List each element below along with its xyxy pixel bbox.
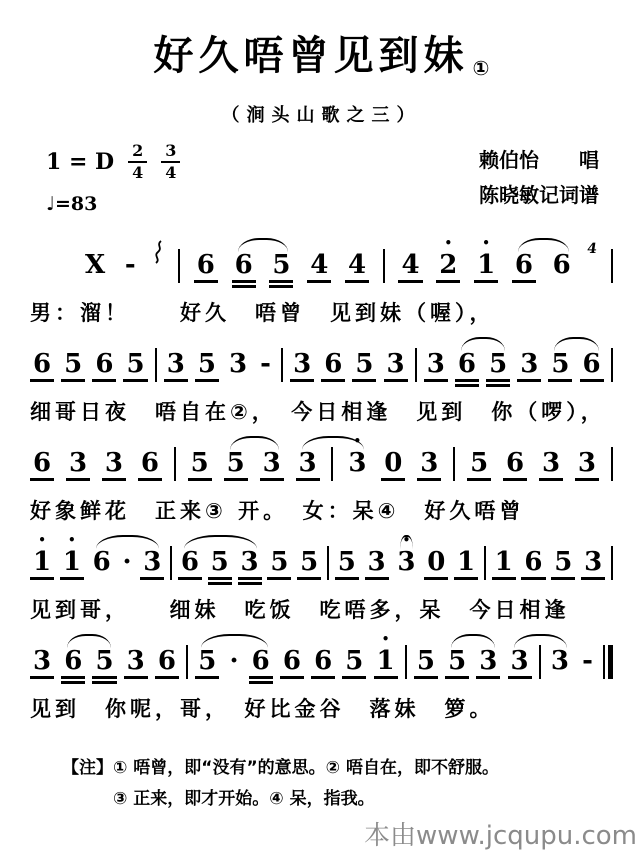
tempo-marking: ♩=83 [46, 193, 180, 215]
barline [155, 348, 157, 382]
lyrics-line: 见到哥， 细妹 吃饭 吃唔多，呆 今日相逢 [30, 594, 643, 624]
note-number: 6 [280, 646, 304, 679]
note-number: 0 [424, 547, 448, 580]
note: 5 [414, 633, 438, 679]
note-number: 5 [335, 547, 359, 580]
note-number: 3 [539, 448, 563, 481]
note: •1 [374, 633, 398, 679]
note-number: 6 [138, 448, 162, 481]
music-system: 365365·6665•155333-见到 你呢，哥， 好比金谷 落妹 箩。 [0, 633, 643, 723]
note: •2 [436, 237, 460, 283]
note-number: 5 [342, 646, 366, 679]
note-number: 3 [394, 547, 418, 580]
note: 5 [267, 534, 291, 580]
note: 6 [503, 435, 527, 481]
footnote-body: ① 唔曾，即“没有”的意思。② 唔自在，即不舒服。 ③ 正来，即才开始。④ 呆，… [113, 753, 499, 816]
note-number: 6 [249, 646, 273, 684]
note-number: 1 [30, 547, 54, 580]
note-number: 3 [384, 349, 408, 382]
note: 3 [102, 435, 126, 481]
note-number: 6 [30, 349, 54, 382]
notation-line: 63365533•3035633 [30, 435, 613, 493]
lyrics-line: 见到 你呢，哥， 好比金谷 落妹 箩。 [30, 693, 643, 723]
lyrics-line: 细哥日夜 唔自在②， 今日相逢 见到 你（啰）， [30, 396, 643, 426]
note-number: 3 [30, 646, 54, 679]
note: 3 [417, 435, 441, 481]
footnote-line: ① 唔曾，即“没有”的意思。② 唔自在，即不舒服。 [113, 753, 499, 784]
note: 3 [124, 633, 148, 679]
key-tempo-block: 1 = D 2 4 3 4 ♩=83 [46, 143, 180, 215]
note-number: 3 [517, 349, 541, 382]
note-number: 3 [548, 646, 572, 679]
music-system: •1•16·36535553•3011653见到哥， 细妹 吃饭 吃唔多，呆 今… [0, 534, 643, 624]
squiggle-ornament-icon [152, 239, 164, 265]
notation-line: 6565353-3653365356 [30, 336, 613, 394]
barline [331, 447, 333, 481]
note: 6 [194, 237, 218, 283]
note-number: 3 [296, 448, 320, 481]
note-number: 6 [550, 250, 574, 283]
note-number: 5 [267, 547, 291, 580]
note-number: 1 [374, 646, 398, 679]
music-system: 6565353-3653365356细哥日夜 唔自在②， 今日相逢 见到 你（啰… [0, 336, 643, 426]
meter-numerator: 3 [161, 143, 180, 163]
note-number: 5 [92, 646, 116, 684]
note-number: 5 [123, 349, 147, 382]
note: 5 [123, 336, 147, 382]
note-number: 5 [224, 448, 248, 481]
page-title: 好久唔曾见到妹 [154, 33, 469, 79]
grace-note: 4 [586, 241, 598, 257]
note: 5 [352, 336, 376, 382]
notation-area: X-665444•2•1664男：溜！ 好久 唔曾 见到妹（喔），6565353… [0, 215, 643, 723]
note: 3 [365, 534, 389, 580]
note-number: 3 [345, 448, 369, 481]
note: 4 [398, 237, 422, 283]
transcriber-credit: 陈晓敏记词谱 [479, 178, 599, 213]
octave-dot: • [382, 633, 390, 646]
dash-extension: - [122, 237, 139, 283]
rest-note: 0 [381, 435, 405, 481]
footnote-line: ③ 正来，即才开始。④ 呆，指我。 [113, 784, 499, 815]
note: •1 [474, 237, 498, 283]
note: 4 [345, 237, 369, 283]
note-number: 1 [454, 547, 478, 580]
barline [178, 249, 180, 283]
note-number: 6 [92, 349, 116, 382]
note: 6 [321, 336, 345, 382]
meter-denominator: 4 [132, 163, 143, 181]
note-number: 6 [90, 547, 114, 580]
octave-dot: • [482, 237, 490, 250]
note-number: 4 [307, 250, 331, 283]
music-system: X-665444•2•1664男：溜！ 好久 唔曾 见到妹（喔）， [0, 237, 643, 327]
note: 3 [30, 633, 54, 679]
note: 5 [467, 435, 491, 481]
note: 3 [164, 336, 188, 382]
note-number: 3 [424, 349, 448, 382]
note-number: - [122, 250, 139, 283]
notation-line: •1•16·36535553•3011653 [30, 534, 613, 592]
note: 6 [30, 336, 54, 382]
time-signature-2-4: 2 4 [128, 143, 147, 181]
note-number: 3 [140, 547, 164, 580]
note: 3 [290, 336, 314, 382]
note-number: 1 [474, 250, 498, 283]
note-number: 3 [417, 448, 441, 481]
barline [611, 447, 613, 481]
note: 5 [335, 534, 359, 580]
note-number: 4 [398, 250, 422, 283]
note: 3 [424, 336, 448, 382]
credits-block: 赖伯怡 唱 陈晓敏记词谱 [479, 143, 599, 213]
note-number: 6 [155, 646, 179, 679]
dash-extension: - [579, 633, 596, 679]
note-number: 1 [492, 547, 516, 580]
octave-dot: • [68, 534, 76, 547]
note-number: · [119, 547, 134, 580]
final-barline [603, 645, 613, 679]
note: 6 [155, 633, 179, 679]
subtitle: （涧头山歌之三） [0, 101, 643, 127]
barline [170, 546, 172, 580]
note-number: 5 [188, 448, 212, 481]
note-number: 1 [60, 547, 84, 580]
note: 3 [517, 336, 541, 382]
barline [186, 645, 188, 679]
note-number: 3 [365, 547, 389, 580]
note-number: 5 [297, 547, 321, 580]
barline [327, 546, 329, 580]
singer-credit: 赖伯怡 唱 [479, 143, 599, 178]
note-number: 6 [580, 349, 604, 382]
note: 3 [575, 435, 599, 481]
note-number: 6 [512, 250, 536, 283]
barline [415, 348, 417, 382]
note-number: 5 [551, 547, 575, 580]
notation-line: X-665444•2•1664 [30, 237, 613, 295]
quarter-note-icon: ♩ [46, 193, 55, 215]
lyrics-line: 男：溜！ 好久 唔曾 见到妹（喔）， [30, 297, 643, 327]
note: 5 [342, 633, 366, 679]
footnote: 【注】 ① 唔曾，即“没有”的意思。② 唔自在，即不舒服。 ③ 正来，即才开始。… [62, 753, 643, 816]
note: 5 [195, 336, 219, 382]
barline [383, 249, 385, 283]
barline [453, 447, 455, 481]
octave-dot: • [444, 237, 452, 250]
note: 1 [454, 534, 478, 580]
note-number: 6 [30, 448, 54, 481]
note-number: 5 [548, 349, 572, 382]
note: •1 [60, 534, 84, 580]
barline [405, 645, 407, 679]
note: 1 [492, 534, 516, 580]
meter-numerator: 2 [128, 143, 147, 163]
meta-row: 1 = D 2 4 3 4 ♩=83 赖伯怡 唱 陈晓敏记词谱 [46, 143, 599, 215]
title-footnote-ref: ① [473, 56, 490, 80]
note-number: 3 [260, 448, 284, 481]
note-number: 2 [436, 250, 460, 283]
note-number: 5 [352, 349, 376, 382]
note-number: 3 [476, 646, 500, 679]
note-number: 5 [467, 448, 491, 481]
note: 5 [297, 534, 321, 580]
meter-denominator: 4 [165, 163, 176, 181]
barline [281, 348, 283, 382]
note-number: 5 [195, 349, 219, 382]
note-number: 3 [575, 448, 599, 481]
key-label: 1 = D [46, 149, 114, 175]
note: •1 [30, 534, 54, 580]
note-number: 5 [414, 646, 438, 679]
music-system: 63365533•3035633好象鲜花 正来③ 开。 女：呆④ 好久唔曾 [0, 435, 643, 525]
note-number: 0 [381, 448, 405, 481]
note: 6 [30, 435, 54, 481]
note: 6 [280, 633, 304, 679]
note: 6 [138, 435, 162, 481]
note-number: 3 [581, 547, 605, 580]
sheet-music-page: 好久唔曾见到妹① （涧头山歌之三） 1 = D 2 4 3 4 ♩=83 赖伯怡… [0, 0, 643, 856]
note-number: 4 [345, 250, 369, 283]
note-number: 5 [208, 547, 232, 585]
barline [611, 249, 613, 283]
note-number: 3 [102, 448, 126, 481]
note-number: 3 [124, 646, 148, 679]
note: 3 [384, 336, 408, 382]
note-number: 3 [66, 448, 90, 481]
watermark: 本由www.jcqupu.com [364, 815, 637, 852]
note-number: 5 [269, 250, 293, 288]
note-number: X [82, 250, 108, 283]
octave-dot: • [38, 534, 46, 547]
dash-extension: - [257, 336, 274, 382]
note: 5 [188, 435, 212, 481]
barline [611, 348, 613, 382]
note: X [82, 237, 108, 283]
note-number: 5 [486, 349, 510, 387]
rest-note: 0 [424, 534, 448, 580]
note-number: 3 [290, 349, 314, 382]
notation-line: 365365·6665•155333- [30, 633, 613, 691]
barline [539, 645, 541, 679]
footnote-label: 【注】 [62, 753, 113, 816]
title-row: 好久唔曾见到妹① [0, 0, 643, 81]
note: 3 [539, 435, 563, 481]
note-number: 6 [178, 547, 202, 580]
note: 5 [551, 534, 575, 580]
note-number: 6 [503, 448, 527, 481]
note-number: 6 [455, 349, 479, 387]
note-number: 6 [232, 250, 256, 288]
barline [174, 447, 176, 481]
note-number: 6 [311, 646, 335, 679]
note: 3 [66, 435, 90, 481]
key-signature: 1 = D 2 4 3 4 [46, 143, 180, 181]
note-number: 5 [61, 349, 85, 382]
note: 6 [521, 534, 545, 580]
note: 6 [311, 633, 335, 679]
note: 5 [61, 336, 85, 382]
barline [484, 546, 486, 580]
note-number: 6 [194, 250, 218, 283]
note-number: 3 [226, 349, 250, 382]
note: 3 [226, 336, 250, 382]
note-number: 5 [445, 646, 469, 679]
note-number: 3 [508, 646, 532, 679]
note-number: 5 [195, 646, 219, 679]
note: 4 [307, 237, 331, 283]
note-number: - [257, 349, 274, 382]
tempo-value: =83 [55, 193, 97, 215]
note-number: 3 [238, 547, 262, 585]
note-number: 6 [521, 547, 545, 580]
note-number: 6 [61, 646, 85, 684]
lyrics-line: 好象鲜花 正来③ 开。 女：呆④ 好久唔曾 [30, 495, 643, 525]
note: 6 [92, 336, 116, 382]
barline [611, 546, 613, 580]
note-number: · [226, 646, 241, 679]
note-number: - [579, 646, 596, 679]
note-number: 6 [321, 349, 345, 382]
note-number: 3 [164, 349, 188, 382]
note: 3 [581, 534, 605, 580]
time-signature-3-4: 3 4 [161, 143, 180, 181]
